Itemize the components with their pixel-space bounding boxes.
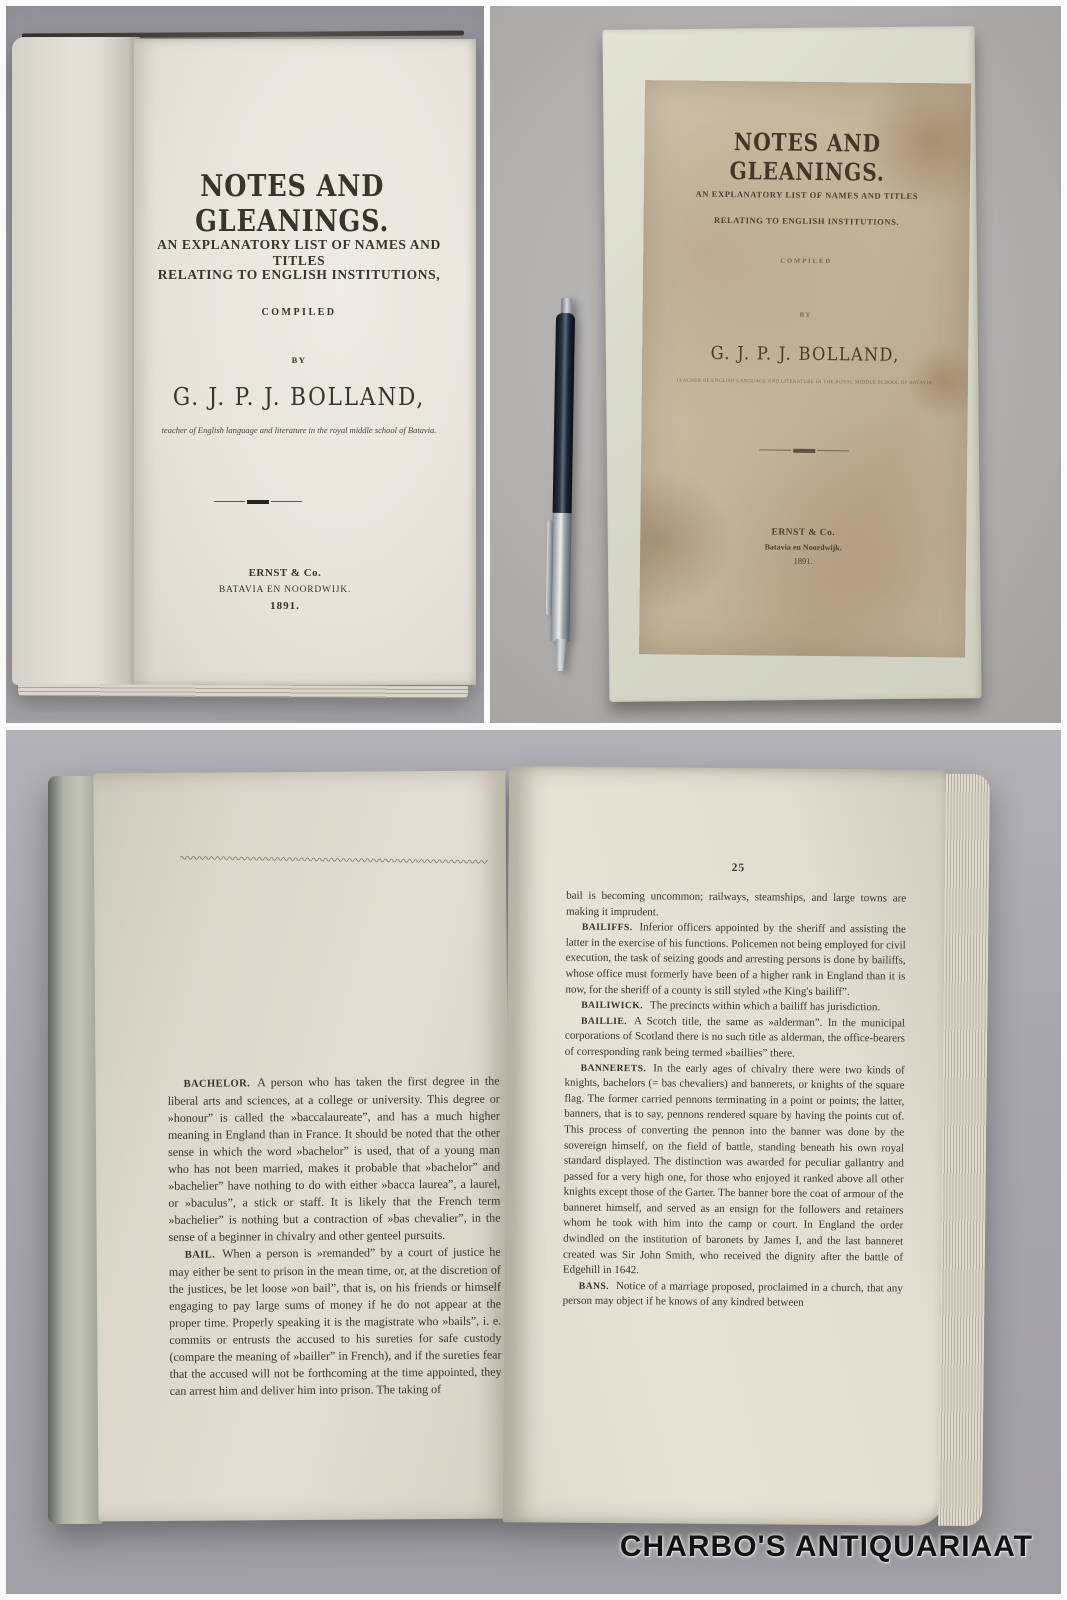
left-page: BACHELOR.A person who has taken the firs… [93,771,510,1522]
pen-tip [554,639,568,671]
photo-title-page: NOTES AND GLEANINGS. AN EXPLANATORY LIST… [6,6,484,723]
pen-chrome-grip [550,513,571,641]
printed-front-cover: NOTES AND GLEANINGS. AN EXPLANATORY LIST… [639,80,971,657]
photo-open-spread: BACHELOR.A person who has taken the firs… [6,730,1061,1594]
dictionary-entry-bans: BANS.Notice of a marriage proposed, proc… [563,1278,903,1312]
book-title: NOTES AND GLEANINGS. [152,169,433,239]
title-page: NOTES AND GLEANINGS. AN EXPLANATORY LIST… [134,39,476,685]
paperback-book: NOTES AND GLEANINGS. AN EXPLANATORY LIST… [602,26,981,702]
author-occupation: teacher of English language and literatu… [134,425,464,435]
right-page-text: bail is becoming uncommon; railways, ste… [563,889,907,1313]
watermark-text: CHARBO'S ANTIQUARIAAT [620,1530,1033,1564]
open-book-spread: BACHELOR.A person who has taken the firs… [46,758,998,1548]
entry-text: Notice of a marriage proposed, proclaime… [563,1280,903,1309]
pen-barrel [553,313,576,515]
dictionary-entry-bannerets: BANNERETS.In the early ages of chivalry … [563,1060,905,1281]
cover-subtitle-line1: AN EXPLANATORY LIST OF NAMES AND TITLES [644,188,970,201]
left-page-text: BACHELOR.A person who has taken the firs… [168,1073,502,1400]
entry-term: BAIL. [185,1250,216,1261]
ballpoint-pen [547,298,582,680]
dictionary-entry-baillie: BAILLIE.A Scotch title, the same as »ald… [565,1013,905,1063]
photo-front-cover: NOTES AND GLEANINGS. AN EXPLANATORY LIST… [490,6,1061,723]
book-subtitle-line2: RELATING TO ENGLISH INSTITUTIONS, [134,267,464,283]
entry-continuation: bail is becoming uncommon; railways, ste… [566,889,906,923]
bookseller-photo-collage: NOTES AND GLEANINGS. AN EXPLANATORY LIST… [0,0,1067,1600]
entry-text: The precincts within which a bailiff has… [650,999,880,1013]
entry-term: BACHELOR. [184,1078,251,1089]
entry-text: In the early ages of chivalry there were… [563,1062,905,1277]
compiled-label: COMPILED [134,307,464,318]
cover-publisher-place: Batavia en Noordwijk. [640,541,966,553]
entry-term: BANS. [579,1281,609,1292]
dictionary-entry-bachelor: BACHELOR.A person who has taken the firs… [168,1073,501,1246]
entry-text: When a person is »remanded” by a court o… [169,1245,502,1398]
swelled-rule-ornament [214,499,302,504]
cover-publisher-name: ERNST & Co. [640,526,966,539]
cover-swelled-rule-ornament [759,447,849,453]
entry-text: A person who has taken the first degree … [168,1074,501,1244]
dictionary-entry-bail: BAIL.When a person is »remanded” by a co… [169,1244,502,1400]
by-label: BY [134,355,464,365]
cover-author-name: G. J. P. J. BOLLAND, [658,342,952,366]
entry-term: BAILIWICK. [581,1000,643,1012]
cover-author-occupation: TEACHER OF ENGLISH LANGUAGE AND LITERATU… [642,378,968,386]
entry-term: BAILLIE. [581,1015,627,1026]
open-book-title-page: NOTES AND GLEANINGS. AN EXPLANATORY LIST… [12,30,476,694]
entry-term: BAILIFFS. [582,922,633,933]
decorative-squiggle-rule [180,854,488,866]
cover-subtitle-line2: RELATING TO ENGLISH INSTITUTIONS. [644,214,970,227]
entry-text: bail is becoming uncommon; railways, ste… [566,890,906,918]
author-name: G. J. P. J. BOLLAND, [151,383,448,411]
page-block-bottom-edge [18,684,468,698]
cover-by-label: BY [643,310,969,320]
publication-year: 1891. [120,600,450,612]
publisher-name: ERNST & Co. [120,567,450,579]
page-number: 25 [508,860,950,876]
book-subtitle-line1: AN EXPLANATORY LIST OF NAMES AND TITLES [134,237,464,269]
page-stack-fore-edge [938,774,990,1526]
cover-title: NOTES AND GLEANINGS. [670,126,944,187]
right-page: 25 bail is becoming uncommon; railways, … [503,766,952,1526]
entry-term: BANNERETS. [581,1062,647,1074]
cover-publication-year: 1891. [640,554,966,567]
cover-compiled-label: COMPILED [643,256,969,266]
dictionary-entry-bailiffs: BAILIFFS.Inferior officers appointed by … [565,920,906,1001]
publisher-place: BATAVIA EN NOORDWIJK. [120,585,450,595]
